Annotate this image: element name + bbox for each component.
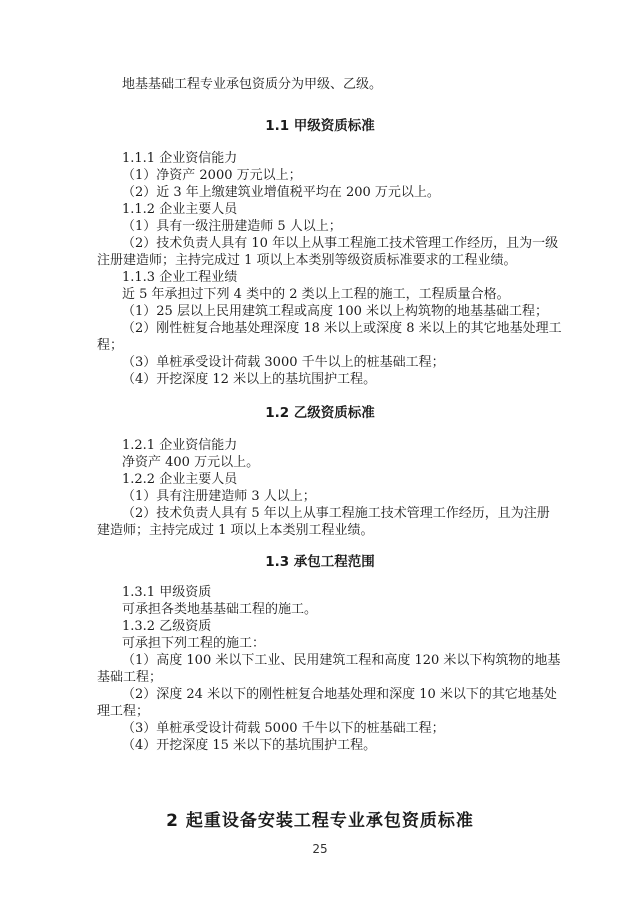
list-item: （2）技术负责人具有 5 年以上从事工程施工技术管理工作经历，且为注册 [122,505,550,522]
list-item: （2）刚性桩复合地基处理深度 18 米以上或深度 8 米以上的其它地基处理工 [122,320,562,337]
list-item-continuation: 基础工程； [97,669,162,686]
list-item: （4）开挖深度 15 米以下的基坑围护工程。 [122,737,376,754]
list-item-continuation: 理工程； [97,703,149,720]
list-item-continuation: 程； [97,337,123,354]
list-item: （1）具有一级注册建造师 5 人以上； [122,218,342,235]
subheading-1-1-1: 1.1.1 企业资信能力 [122,150,237,167]
subheading-1-1-2: 1.1.2 企业主要人员 [122,201,237,218]
document-page: 地基基础工程专业承包资质分为甲级、乙级。 1.1 甲级资质标准 1.1.1 企业… [0,0,640,905]
intro-paragraph: 地基基础工程专业承包资质分为甲级、乙级。 [122,76,382,93]
chapter-heading-2: 2 起重设备安装工程专业承包资质标准 [0,806,640,831]
list-item: （1）高度 100 米以下工业、民用建筑工程和高度 120 米以下构筑物的地基 [122,652,560,669]
list-item: （3）单桩承受设计荷载 3000 千牛以上的桩基础工程； [122,354,445,371]
list-item: （1）25 层以上民用建筑工程或高度 100 米以上构筑物的地基基础工程； [122,303,548,320]
list-item-continuation: 注册建造师；主持完成过 1 项以上本类别等级资质标准要求的工程业绩。 [97,252,517,269]
list-item-continuation: 建造师；主持完成过 1 项以上本类别工程业绩。 [97,522,374,539]
subheading-1-2-2: 1.2.2 企业主要人员 [122,471,237,488]
section-heading-1-1: 1.1 甲级资质标准 [0,114,640,134]
paragraph: 净资产 400 万元以上。 [122,454,259,471]
paragraph: 可承担各类地基基础工程的施工。 [122,601,317,618]
subheading-1-1-3: 1.1.3 企业工程业绩 [122,269,237,286]
subheading-1-2-1: 1.2.1 企业资信能力 [122,437,237,454]
list-item: （4）开挖深度 12 米以上的基坑围护工程。 [122,371,376,388]
paragraph: 可承担下列工程的施工： [122,635,265,652]
subheading-1-3-2: 1.3.2 乙级资质 [122,618,211,635]
list-item: （2）深度 24 米以下的刚性桩复合地基处理和深度 10 米以下的其它地基处 [122,686,557,703]
list-item: （1）具有注册建造师 3 人以上； [122,488,316,505]
paragraph: 近 5 年承担过下列 4 类中的 2 类以上工程的施工，工程质量合格。 [122,286,510,303]
section-heading-1-3: 1.3 承包工程范围 [0,550,640,570]
list-item: （2）近 3 年上缴建筑业增值税平均在 200 万元以上。 [122,184,440,201]
page-number: 25 [0,842,640,856]
list-item: （2）技术负责人具有 10 年以上从事工程施工技术管理工作经历，且为一级 [122,235,558,252]
subheading-1-3-1: 1.3.1 甲级资质 [122,584,211,601]
list-item: （3）单桩承受设计荷载 5000 千牛以下的桩基础工程； [122,720,445,737]
list-item: （1）净资产 2000 万元以上； [122,167,302,184]
section-heading-1-2: 1.2 乙级资质标准 [0,401,640,421]
